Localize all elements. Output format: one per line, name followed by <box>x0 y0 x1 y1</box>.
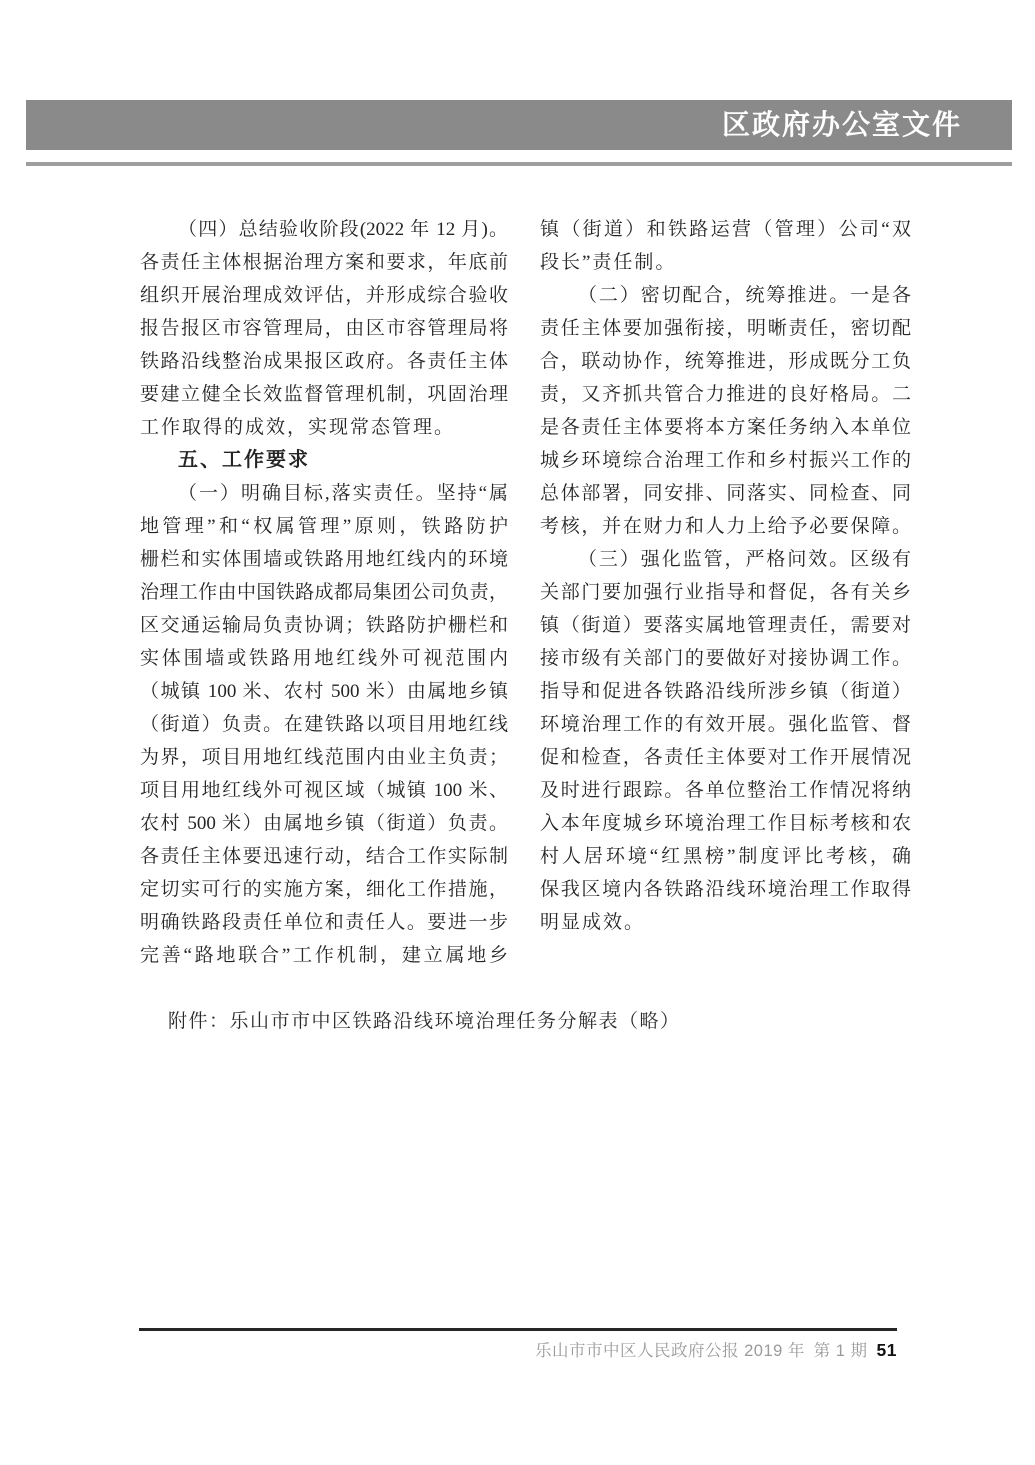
bulletin-page: 区政府办公室文件 （四）总结验收阶段(2022 年 12 月)。 各责任主体根据… <box>0 0 1035 1465</box>
text-line: （城镇 100 米、农村 500 米）由属地乡镇 <box>140 675 508 708</box>
text-line: （四）总结验收阶段(2022 年 12 月)。 <box>140 213 508 246</box>
text-line: 报告报区市容管理局，由区市容管理局将 <box>140 312 508 345</box>
text-line: 环境治理工作的有效开展。强化监管、督 <box>540 708 911 741</box>
text-line: 指导和促进各铁路沿线所涉乡镇（街道） <box>540 675 911 708</box>
text-line: 明确铁路段责任单位和责任人。要进一步 <box>140 906 508 939</box>
text-line: （二）密切配合，统筹推进。一是各 <box>540 279 911 312</box>
text-line: 镇（街道）和铁路运营（管理）公司“双 <box>540 213 911 246</box>
text-line: 关部门要加强行业指导和督促，各有关乡 <box>540 576 911 609</box>
text-line: 促和检查，各责任主体要对工作开展情况 <box>540 741 911 774</box>
left-column: （四）总结验收阶段(2022 年 12 月)。 各责任主体根据治理方案和要求，年… <box>140 213 508 972</box>
header-divider <box>26 162 1012 166</box>
text-line: 镇（街道）要落实属地管理责任，需要对 <box>540 609 911 642</box>
text-line: 完善“路地联合”工作机制，建立属地乡 <box>140 939 508 972</box>
text-line: 城乡环境综合治理工作和乡村振兴工作的 <box>540 444 911 477</box>
text-line: （街道）负责。在建铁路以项目用地红线 <box>140 708 508 741</box>
text-line: 区交通运输局负责协调；铁路防护栅栏和 <box>140 609 508 642</box>
text-line: 考核，并在财力和人力上给予必要保障。 <box>540 510 911 543</box>
text-line: 明显成效。 <box>540 906 911 939</box>
text-line: 入本年度城乡环境治理工作目标考核和农 <box>540 807 911 840</box>
right-column: 镇（街道）和铁路运营（管理）公司“双 段长”责任制。 （二）密切配合，统筹推进。… <box>540 213 911 939</box>
text-line: 农村 500 米）由属地乡镇（街道）负责。 <box>140 807 508 840</box>
text-line: 定切实可行的实施方案，细化工作措施， <box>140 873 508 906</box>
text-line: （三）强化监管，严格问效。区级有 <box>540 543 911 576</box>
text-line: 责任主体要加强衔接，明晰责任，密切配 <box>540 312 911 345</box>
footer-divider <box>139 1328 897 1331</box>
text-line: 治理工作由中国铁路成都局集团公司负责， <box>140 576 508 609</box>
text-line: 总体部署，同安排、同落实、同检查、同 <box>540 477 911 510</box>
text-line: 合，联动协作，统筹推进，形成既分工负 <box>540 345 911 378</box>
section-heading: 五、工作要求 <box>140 444 508 477</box>
text-line: 接市级有关部门的要做好对接协调工作。 <box>540 642 911 675</box>
text-line: 工作取得的成效，实现常态管理。 <box>140 411 508 444</box>
text-line: 各责任主体要迅速行动，结合工作实际制 <box>140 840 508 873</box>
text-line: 项目用地红线外可视区域（城镇 100 米、 <box>140 774 508 807</box>
text-line: 铁路沿线整治成果报区政府。各责任主体 <box>140 345 508 378</box>
text-line: 责，又齐抓共管合力推进的良好格局。二 <box>540 378 911 411</box>
text-line: 保我区境内各铁路沿线环境治理工作取得 <box>540 873 911 906</box>
text-line: 各责任主体根据治理方案和要求，年底前 <box>140 246 508 279</box>
header-banner-title: 区政府办公室文件 <box>722 109 962 140</box>
text-line: 是各责任主体要将本方案任务纳入本单位 <box>540 411 911 444</box>
text-line: 村人居环境“红黑榜”制度评比考核，确 <box>540 840 911 873</box>
text-line: 为界，项目用地红线范围内由业主负责； <box>140 741 508 774</box>
text-line: 栅栏和实体围墙或铁路用地红线内的环境 <box>140 543 508 576</box>
header-banner: 区政府办公室文件 <box>26 100 1012 150</box>
text-line: 实体围墙或铁路用地红线外可视范围内 <box>140 642 508 675</box>
text-line: 地管理”和“权属管理”原则，铁路防护 <box>140 510 508 543</box>
publication-info: 乐山市市中区人民政府公报 2019 年 第 1 期 <box>535 1342 867 1360</box>
page-number: 51 <box>877 1340 897 1360</box>
text-line: （一）明确目标,落实责任。坚持“属 <box>140 477 508 510</box>
text-line: 段长”责任制。 <box>540 246 911 279</box>
text-line: 要建立健全长效监督管理机制，巩固治理 <box>140 378 508 411</box>
text-line: 及时进行跟踪。各单位整治工作情况将纳 <box>540 774 911 807</box>
page-footer: 乐山市市中区人民政府公报 2019 年 第 1 期51 <box>139 1337 897 1361</box>
text-line: 组织开展治理成效评估，并形成综合验收 <box>140 279 508 312</box>
attachment-line: 附件：乐山市市中区铁路沿线环境治理任务分解表（略） <box>140 1006 920 1033</box>
